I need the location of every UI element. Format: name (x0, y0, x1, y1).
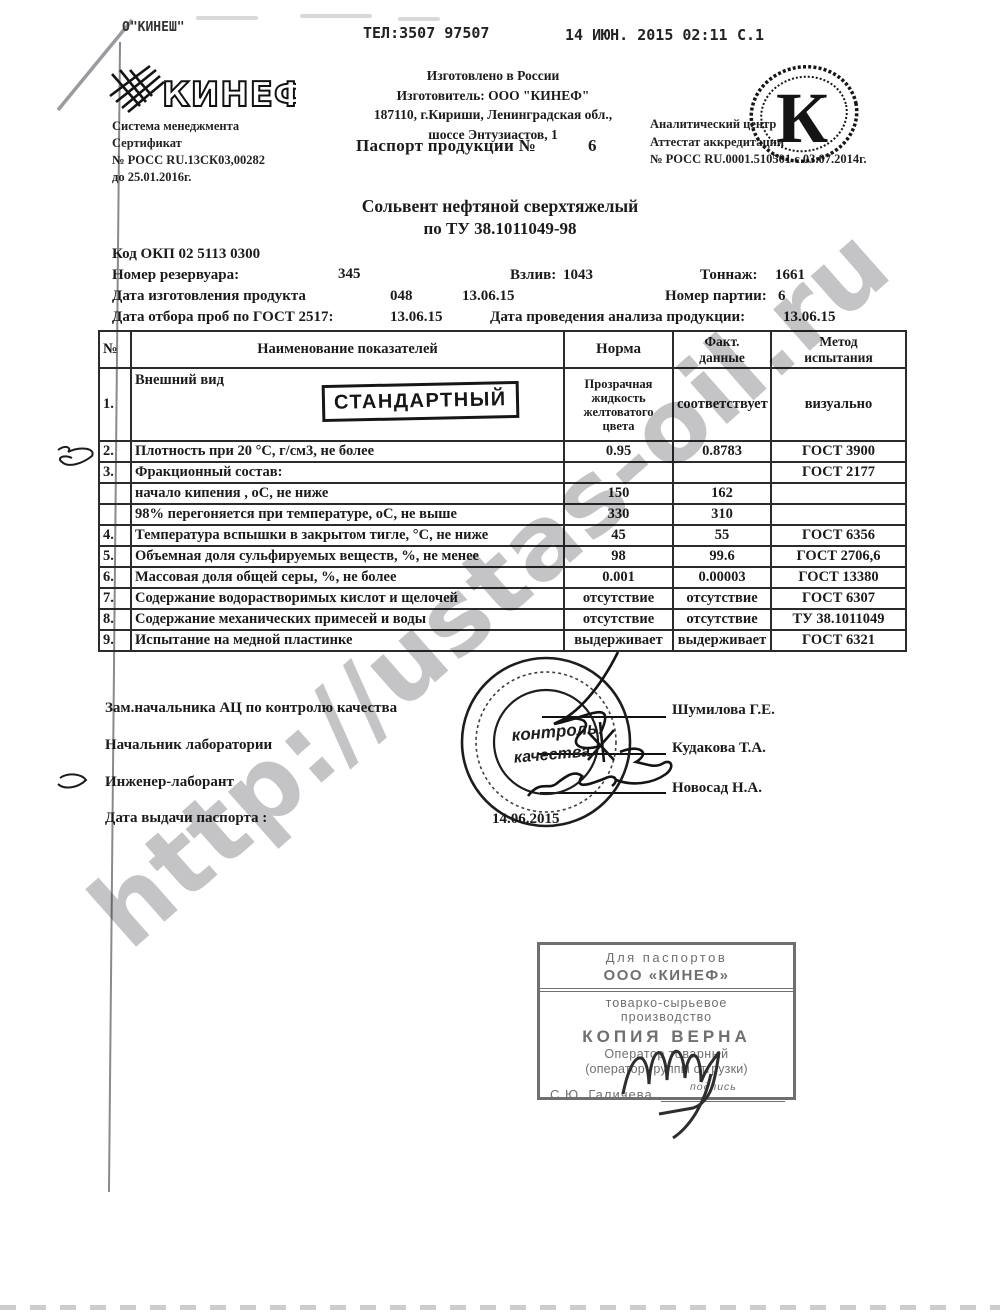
table-row: 7.Содержание водорастворимых кислот и ще… (99, 588, 906, 609)
scan-noise-dash (398, 17, 440, 21)
cell-fact: 55 (673, 525, 771, 546)
tank-number: 345 (338, 266, 361, 283)
cell-num: 6. (99, 567, 131, 588)
cell-name: Плотность при 20 °С, г/см3, не более (131, 441, 564, 462)
cell-norm: отсутствие (564, 588, 673, 609)
cell-method (771, 504, 906, 525)
cell-norm: 330 (564, 504, 673, 525)
cell-num: 2. (99, 441, 131, 462)
cell-name: Содержание механических примесей и воды (131, 609, 564, 630)
cell-method: ГОСТ 6307 (771, 588, 906, 609)
document-subtitle: по ТУ 38.1011049-98 (0, 219, 1000, 239)
cell-norm: 0.95 (564, 441, 673, 462)
cell-method: ГОСТ 13380 (771, 567, 906, 588)
kinef-logo: КИНЕФ (106, 62, 296, 120)
k-letter: К (776, 78, 828, 158)
issue-date-value: 14.06.2015 (492, 811, 560, 828)
cell-method: ГОСТ 6356 (771, 525, 906, 546)
cell-norm (564, 462, 673, 483)
tank-label: Номер резервуара: (112, 267, 239, 284)
standard-stamp: СТАНДАРТНЫЙ (322, 381, 519, 422)
vzliv-label: Взлив: (510, 267, 556, 284)
table-row: 98% перегоняется при температуре, оС, не… (99, 504, 906, 525)
okp-code: Код ОКП 02 5113 0300 (112, 246, 260, 263)
cell-fact: отсутствие (673, 588, 771, 609)
copy-stamp-line1: Для паспортов (540, 950, 793, 965)
cell-name: Внешний видСТАНДАРТНЫЙ (131, 368, 564, 441)
accreditation-k-stamp-icon: К (746, 62, 862, 168)
scan-noise-bottom-edge (0, 1305, 1000, 1310)
cell-num: 5. (99, 546, 131, 567)
cell-fact: 0.8783 (673, 441, 771, 462)
cell-name: Содержание водорастворимых кислот и щело… (131, 588, 564, 609)
cell-method: ГОСТ 6321 (771, 630, 906, 651)
copy-stamp-line3: товарко-сырьевое (540, 996, 793, 1010)
cell-fact: 99.6 (673, 546, 771, 567)
mfg-code: 048 (390, 288, 413, 305)
header-norm: Норма (564, 331, 673, 368)
table-row: 4.Температура вспышки в закрытом тигле, … (99, 525, 906, 546)
results-table-body: 1.Внешний видСТАНДАРТНЫЙПрозрачная жидко… (99, 368, 906, 651)
batch-number: 6 (778, 288, 786, 305)
tonnage-label: Тоннаж: (700, 267, 758, 284)
results-table: № Наименование показателей Норма Факт. д… (98, 330, 907, 652)
issue-date-label: Дата выдачи паспорта : (105, 810, 267, 827)
fax-datetime: 14 ИЮН. 2015 02:11 (565, 26, 728, 44)
table-row: 8.Содержание механических примесей и вод… (99, 609, 906, 630)
sampling-label: Дата отбора проб по ГОСТ 2517: (112, 309, 334, 326)
analysis-date: 13.06.15 (783, 309, 836, 326)
cell-name: Объемная доля сульфируемых веществ, %, н… (131, 546, 564, 567)
quality-control-stamp: контроль качества (450, 648, 730, 828)
signature-title-1: Зам.начальника АЦ по контролю качества (105, 700, 397, 717)
management-cert-text: Система менеджмента Сертификат № РОСС RU… (112, 118, 265, 186)
table-row: начало кипения , оС, не ниже150162 (99, 483, 906, 504)
signature-title-3: Инженер-лаборант (105, 774, 234, 791)
cell-name: Массовая доля общей серы, %, не более (131, 567, 564, 588)
cell-norm: 0.001 (564, 567, 673, 588)
cell-num: 1. (99, 368, 131, 441)
cell-name: начало кипения , оС, не ниже (131, 483, 564, 504)
table-row: 5.Объемная доля сульфируемых веществ, %,… (99, 546, 906, 567)
edge-scribble-icon (52, 768, 102, 798)
scan-noise-dash (196, 16, 258, 20)
mfg-date-label: Дата изготовления продукта (112, 288, 306, 305)
analysis-label: Дата проведения анализа продукции: (490, 309, 745, 326)
header-name: Наименование показателей (131, 331, 564, 368)
fax-sender-fragment: О"КИНЕШ" (122, 20, 185, 35)
logo-emblem-icon (110, 66, 164, 112)
passport-number-line: Паспорт продукции №6 (356, 136, 597, 156)
logo-text: КИНЕФ (162, 75, 296, 115)
cell-method: ГОСТ 2706,6 (771, 546, 906, 567)
cell-method: визуально (771, 368, 906, 441)
vzliv-value: 1043 (563, 267, 593, 284)
cell-norm: Прозрачная жидкость желтоватого цвета (564, 368, 673, 441)
cell-num (99, 504, 131, 525)
header-fact: Факт. данные (673, 331, 771, 368)
header-method: Метод испытания (771, 331, 906, 368)
table-row: 6.Массовая доля общей серы, %, не более0… (99, 567, 906, 588)
cell-fact: 162 (673, 483, 771, 504)
cell-num: 7. (99, 588, 131, 609)
fax-page-number: С.1 (737, 26, 764, 44)
table-row: 1.Внешний видСТАНДАРТНЫЙПрозрачная жидко… (99, 368, 906, 441)
passport-label: Паспорт продукции № (356, 136, 536, 155)
cell-method: ГОСТ 3900 (771, 441, 906, 462)
operator-signature-icon (615, 1022, 775, 1142)
cell-method: ГОСТ 2177 (771, 462, 906, 483)
cell-norm: 150 (564, 483, 673, 504)
sampling-date: 13.06.15 (390, 309, 443, 326)
cell-num: 9. (99, 630, 131, 651)
cell-norm: 98 (564, 546, 673, 567)
cell-name: Фракционный состав: (131, 462, 564, 483)
cell-fact (673, 462, 771, 483)
cell-name: Температура вспышки в закрытом тигле, °С… (131, 525, 564, 546)
scan-noise-dash (300, 14, 372, 18)
copy-stamp-header: Для паспортов ООО «КИНЕФ» (540, 945, 793, 992)
cell-fact: 0.00003 (673, 567, 771, 588)
cell-num: 4. (99, 525, 131, 546)
cell-num: 8. (99, 609, 131, 630)
table-row: 3.Фракционный состав:ГОСТ 2177 (99, 462, 906, 483)
cell-method: ТУ 38.1011049 (771, 609, 906, 630)
table-header-row: № Наименование показателей Норма Факт. д… (99, 331, 906, 368)
header-num: № (99, 331, 131, 368)
cell-num: 3. (99, 462, 131, 483)
batch-label: Номер партии: (665, 288, 767, 305)
document-title: Сольвент нефтяной сверхтяжелый (0, 196, 1000, 217)
cell-method (771, 483, 906, 504)
manufacturer-block: Изготовлено в России Изготовитель: ООО "… (298, 66, 688, 144)
table-row: 2.Плотность при 20 °С, г/см3, не более0.… (99, 441, 906, 462)
cell-num (99, 483, 131, 504)
cell-norm: 45 (564, 525, 673, 546)
scanned-document-page: { "fax_header": { "sender_fragment": "О\… (0, 0, 1000, 1316)
cell-name-text: Внешний вид (135, 372, 224, 388)
signature-title-2: Начальник лаборатории (105, 737, 272, 754)
cell-fact: 310 (673, 504, 771, 525)
cell-fact: соответствует (673, 368, 771, 441)
cell-fact: отсутствие (673, 609, 771, 630)
tonnage-value: 1661 (775, 267, 805, 284)
copy-stamp-company: ООО «КИНЕФ» (540, 967, 793, 984)
cell-name: 98% перегоняется при температуре, оС, не… (131, 504, 564, 525)
passport-number: 6 (588, 136, 597, 155)
fax-phone: ТЕЛ:3507 97507 (363, 24, 489, 42)
cell-norm: отсутствие (564, 609, 673, 630)
mfg-date: 13.06.15 (462, 288, 515, 305)
